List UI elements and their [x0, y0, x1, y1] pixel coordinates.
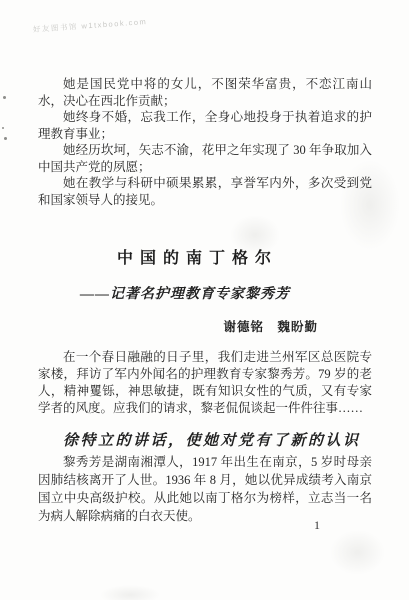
section-paragraph-text: 黎秀芳是湖南湘潭人，1917 年出生在南京，5 岁时母亲因肺结核离开了人世。19… — [38, 453, 372, 525]
intro-point: 她在教学与科研中硕果累累，享誉军内外，多次受到党和国家领导人的接见。 — [38, 175, 372, 208]
scan-smudge — [100, 585, 160, 600]
page-number: 1 — [314, 518, 320, 533]
section-paragraph: 黎秀芳是湖南湘潭人，1917 年出生在南京，5 岁时母亲因肺结核离开了人世。19… — [38, 453, 372, 525]
article-subtitle: ——记著名护理教育专家黎秀芳 — [0, 283, 370, 303]
intro-point: 她经历坎坷，矢志不渝，花甲之年实现了 30 年争取加入中国共产党的夙愿； — [38, 142, 372, 175]
intro-point: 她终身不婚，忘我工作，全身心地投身于执着追求的护理教育事业； — [38, 109, 372, 142]
scan-speck — [4, 137, 7, 140]
lead-paragraph-text: 在一个春日融融的日子里，我们走进兰州军区总医院专家楼，拜访了军内外闻名的护理教育… — [38, 349, 372, 417]
section-heading: 徐特立的讲话，使她对党有了新的认识 — [63, 429, 361, 450]
lead-paragraph: 在一个春日融融的日子里，我们走进兰州军区总医院专家楼，拜访了军内外闻名的护理教育… — [38, 349, 372, 417]
scan-smudge — [330, 530, 385, 575]
library-watermark: 好友图书馆 w1txbook.com — [33, 16, 148, 35]
article-authors: 谢德铭 魏盼勤 — [223, 317, 318, 335]
scan-speck — [2, 127, 4, 129]
intro-point: 她是国民党中将的女儿，不图荣华富贵，不恋江南山水，决心在西北作贡献； — [38, 76, 372, 109]
article-title: 中国的南丁格尔 — [0, 245, 395, 268]
intro-points: 她是国民党中将的女儿，不图荣华富贵，不恋江南山水，决心在西北作贡献； 她终身不婚… — [38, 76, 372, 208]
scan-speck — [3, 96, 6, 99]
scanned-book-page: 好友图书馆 w1txbook.com 她是国民党中将的女儿，不图荣华富贵，不恋江… — [0, 0, 409, 600]
